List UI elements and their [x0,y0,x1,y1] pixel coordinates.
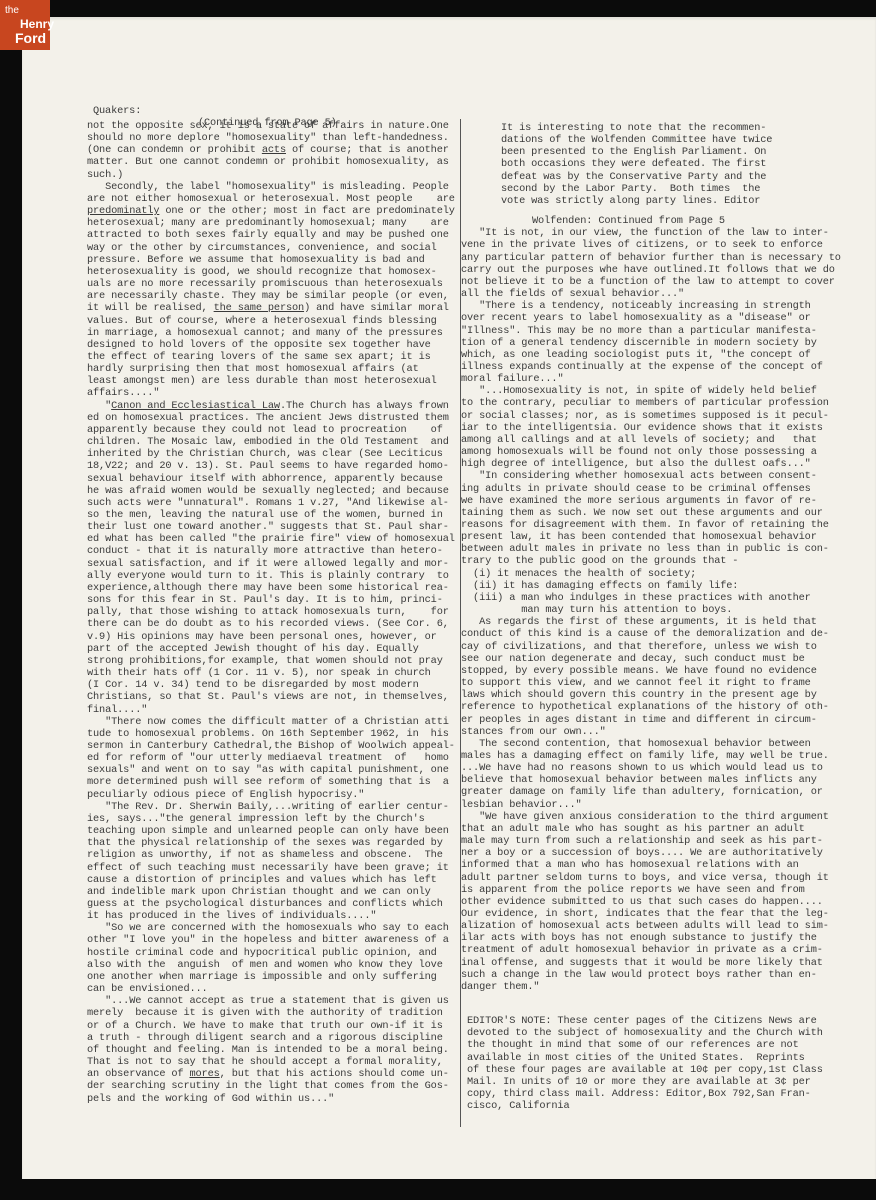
logo-ford: Ford [15,31,46,45]
scanned-page: Quakers: (Continued from Page 5) not the… [22,17,876,1179]
left-column-text: not the opposite sex, it is a state of a… [87,120,459,1105]
henry-ford-logo: the Henry Ford [0,0,50,50]
logo-the: the [5,6,19,16]
right-column-text: "It is not, in our view, the function of… [461,227,861,993]
section-heading: Quakers: [93,105,141,117]
logo-henry: Henry [20,18,54,30]
right-column: It is interesting to note that the recom… [461,122,861,1112]
wolfenden-heading: Wolfenden: Continued from Page 5 [532,215,861,227]
editors-note-text: EDITOR'S NOTE: These center pages of the… [467,1015,861,1112]
editor-box-text: It is interesting to note that the recom… [501,122,861,207]
